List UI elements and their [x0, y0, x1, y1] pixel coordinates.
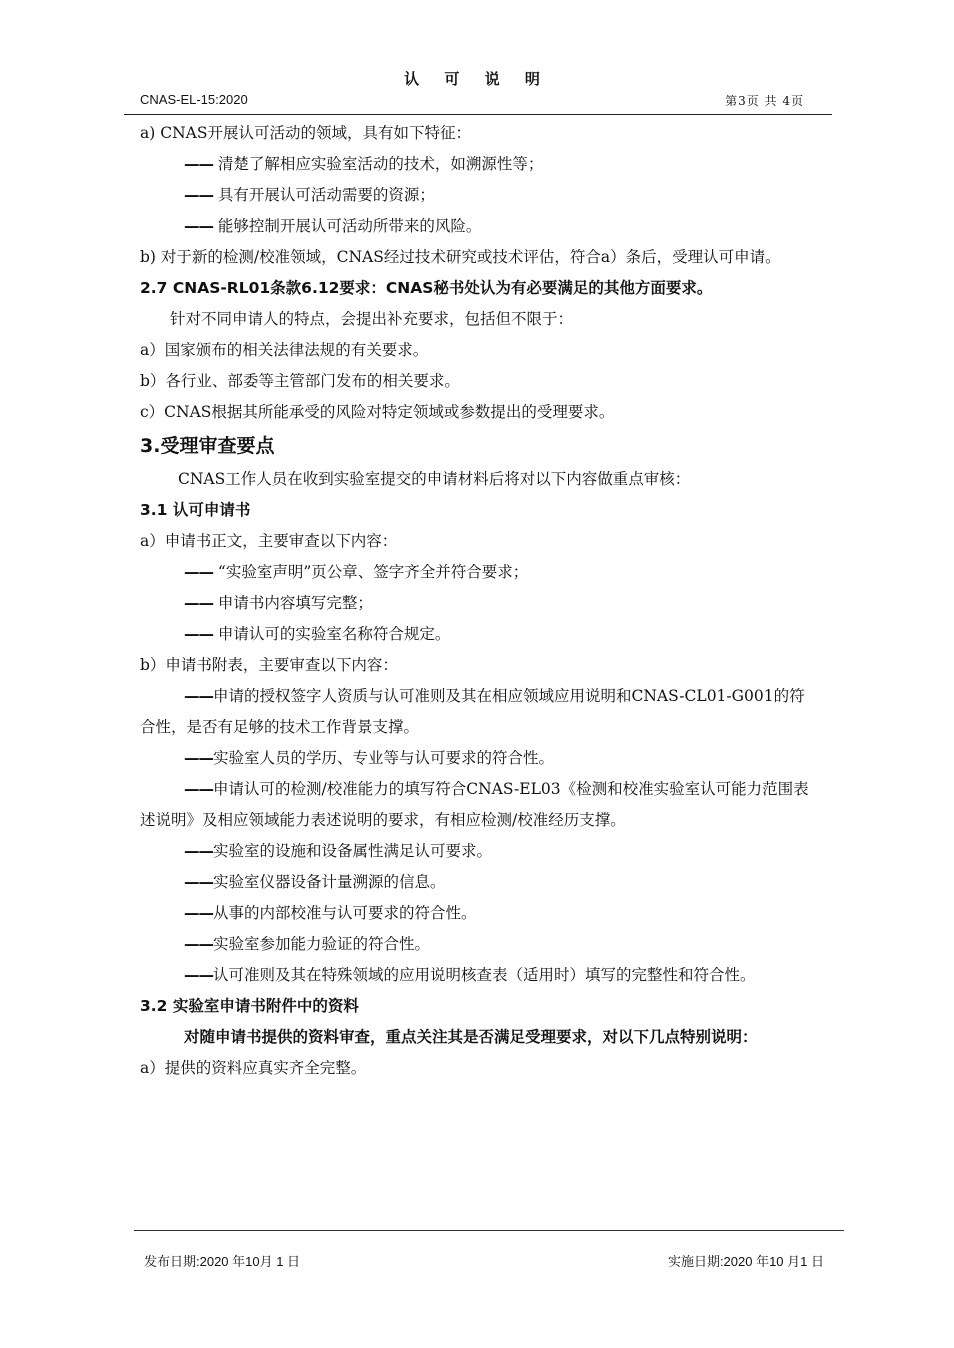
list-item: ——认可准则及其在特殊领域的应用说明核查表（适用时）填写的完整性和符合性。: [140, 960, 812, 991]
em-dash: ——: [184, 594, 213, 612]
paragraph: a) CNAS开展认可活动的领域，具有如下特征：: [140, 118, 812, 149]
page-number: 第3页 共 4页: [725, 92, 804, 109]
list-item-text: 申请的授权签字人资质与认可准则及其在相应领域应用说明和CNAS-CL01-G00…: [140, 687, 805, 736]
list-item: ——实验室参加能力验证的符合性。: [140, 929, 812, 960]
em-dash: ——: [184, 186, 213, 204]
list-item-text: 具有开展认可活动需要的资源；: [213, 186, 435, 204]
footer-divider: [134, 1230, 844, 1231]
list-item: ——申请认可的检测/校准能力的填写符合CNAS-EL03《检测和校准实验室认可能…: [140, 774, 812, 836]
list-item: ——实验室人员的学历、专业等与认可要求的符合性。: [140, 743, 812, 774]
list-item: —— 能够控制开展认可活动所带来的风险。: [140, 211, 812, 242]
list-item-text: 清楚了解相应实验室活动的技术，如溯源性等；: [213, 155, 543, 173]
paragraph: b）申请书附表，主要审查以下内容：: [140, 650, 812, 681]
em-dash: ——: [184, 155, 213, 173]
em-dash: ——: [184, 904, 213, 922]
list-item: —— 申请认可的实验室名称符合规定。: [140, 619, 812, 650]
list-item: c）CNAS根据其所能承受的风险对特定领域或参数提出的受理要求。: [140, 397, 812, 428]
list-item: b）各行业、部委等主管部门发布的相关要求。: [140, 366, 812, 397]
list-item: —— 清楚了解相应实验室活动的技术，如溯源性等；: [140, 149, 812, 180]
list-item: ——实验室的设施和设备属性满足认可要求。: [140, 836, 812, 867]
list-item: ——申请的授权签字人资质与认可准则及其在相应领域应用说明和CNAS-CL01-G…: [140, 681, 812, 743]
list-item: ——实验室仪器设备计量溯源的信息。: [140, 867, 812, 898]
list-item-text: 申请认可的检测/校准能力的填写符合CNAS-EL03《检测和校准实验室认可能力范…: [140, 780, 809, 829]
list-item: —— 申请书内容填写完整；: [140, 588, 812, 619]
list-item-text: “实验室声明”页公章、签字齐全并符合要求；: [213, 563, 528, 581]
paragraph: b) 对于新的检测/校准领域，CNAS经过技术研究或技术评估，符合a）条后，受理…: [140, 242, 812, 273]
page-title: 认 可 说 明: [0, 68, 954, 89]
em-dash: ——: [184, 842, 213, 860]
em-dash: ——: [184, 873, 213, 891]
document-code: CNAS-EL-15:2020: [140, 92, 248, 107]
publish-date: 发布日期:2020 年10月 1 日: [144, 1251, 300, 1270]
paragraph-emphasis: 对随申请书提供的资料审查，重点关注其是否满足受理要求，对以下几点特别说明：: [140, 1022, 812, 1053]
header-divider: [124, 114, 832, 115]
section-heading-3-1: 3.1 认可申请书: [140, 495, 812, 526]
em-dash: ——: [184, 749, 213, 767]
em-dash: ——: [184, 217, 213, 235]
list-item: —— 具有开展认可活动需要的资源；: [140, 180, 812, 211]
em-dash: ——: [184, 625, 213, 643]
em-dash: ——: [184, 966, 213, 984]
list-item: ——从事的内部校准与认可要求的符合性。: [140, 898, 812, 929]
paragraph: 针对不同申请人的特点，会提出补充要求，包括但不限于：: [140, 304, 812, 335]
list-item: a）提供的资料应真实齐全完整。: [140, 1053, 812, 1084]
list-item: a）国家颁布的相关法律法规的有关要求。: [140, 335, 812, 366]
list-item-text: 从事的内部校准与认可要求的符合性。: [213, 904, 477, 922]
em-dash: ——: [184, 780, 213, 798]
list-item-text: 能够控制开展认可活动所带来的风险。: [213, 217, 481, 235]
list-item-text: 申请认可的实验室名称符合规定。: [213, 625, 450, 643]
paragraph: CNAS工作人员在收到实验室提交的申请材料后将对以下内容做重点审核：: [140, 464, 812, 495]
list-item-text: 实验室的设施和设备属性满足认可要求。: [213, 842, 492, 860]
document-body: a) CNAS开展认可活动的领域，具有如下特征： —— 清楚了解相应实验室活动的…: [140, 118, 812, 1084]
list-item-text: 实验室人员的学历、专业等与认可要求的符合性。: [213, 749, 554, 767]
section-heading-3: 3.受理审查要点: [140, 428, 812, 464]
em-dash: ——: [184, 687, 213, 705]
section-heading-3-2: 3.2 实验室申请书附件中的资料: [140, 991, 812, 1022]
list-item-text: 申请书内容填写完整；: [213, 594, 373, 612]
em-dash: ——: [184, 563, 213, 581]
effective-date: 实施日期:2020 年10 月1 日: [668, 1251, 824, 1270]
paragraph: a）申请书正文，主要审查以下内容：: [140, 526, 812, 557]
list-item: —— “实验室声明”页公章、签字齐全并符合要求；: [140, 557, 812, 588]
list-item-text: 认可准则及其在特殊领域的应用说明核查表（适用时）填写的完整性和符合性。: [213, 966, 756, 984]
list-item-text: 实验室仪器设备计量溯源的信息。: [213, 873, 446, 891]
em-dash: ——: [184, 935, 213, 953]
section-heading-2-7: 2.7 CNAS-RL01条款6.12要求：CNAS秘书处认为有必要满足的其他方…: [140, 273, 812, 304]
list-item-text: 实验室参加能力验证的符合性。: [213, 935, 430, 953]
